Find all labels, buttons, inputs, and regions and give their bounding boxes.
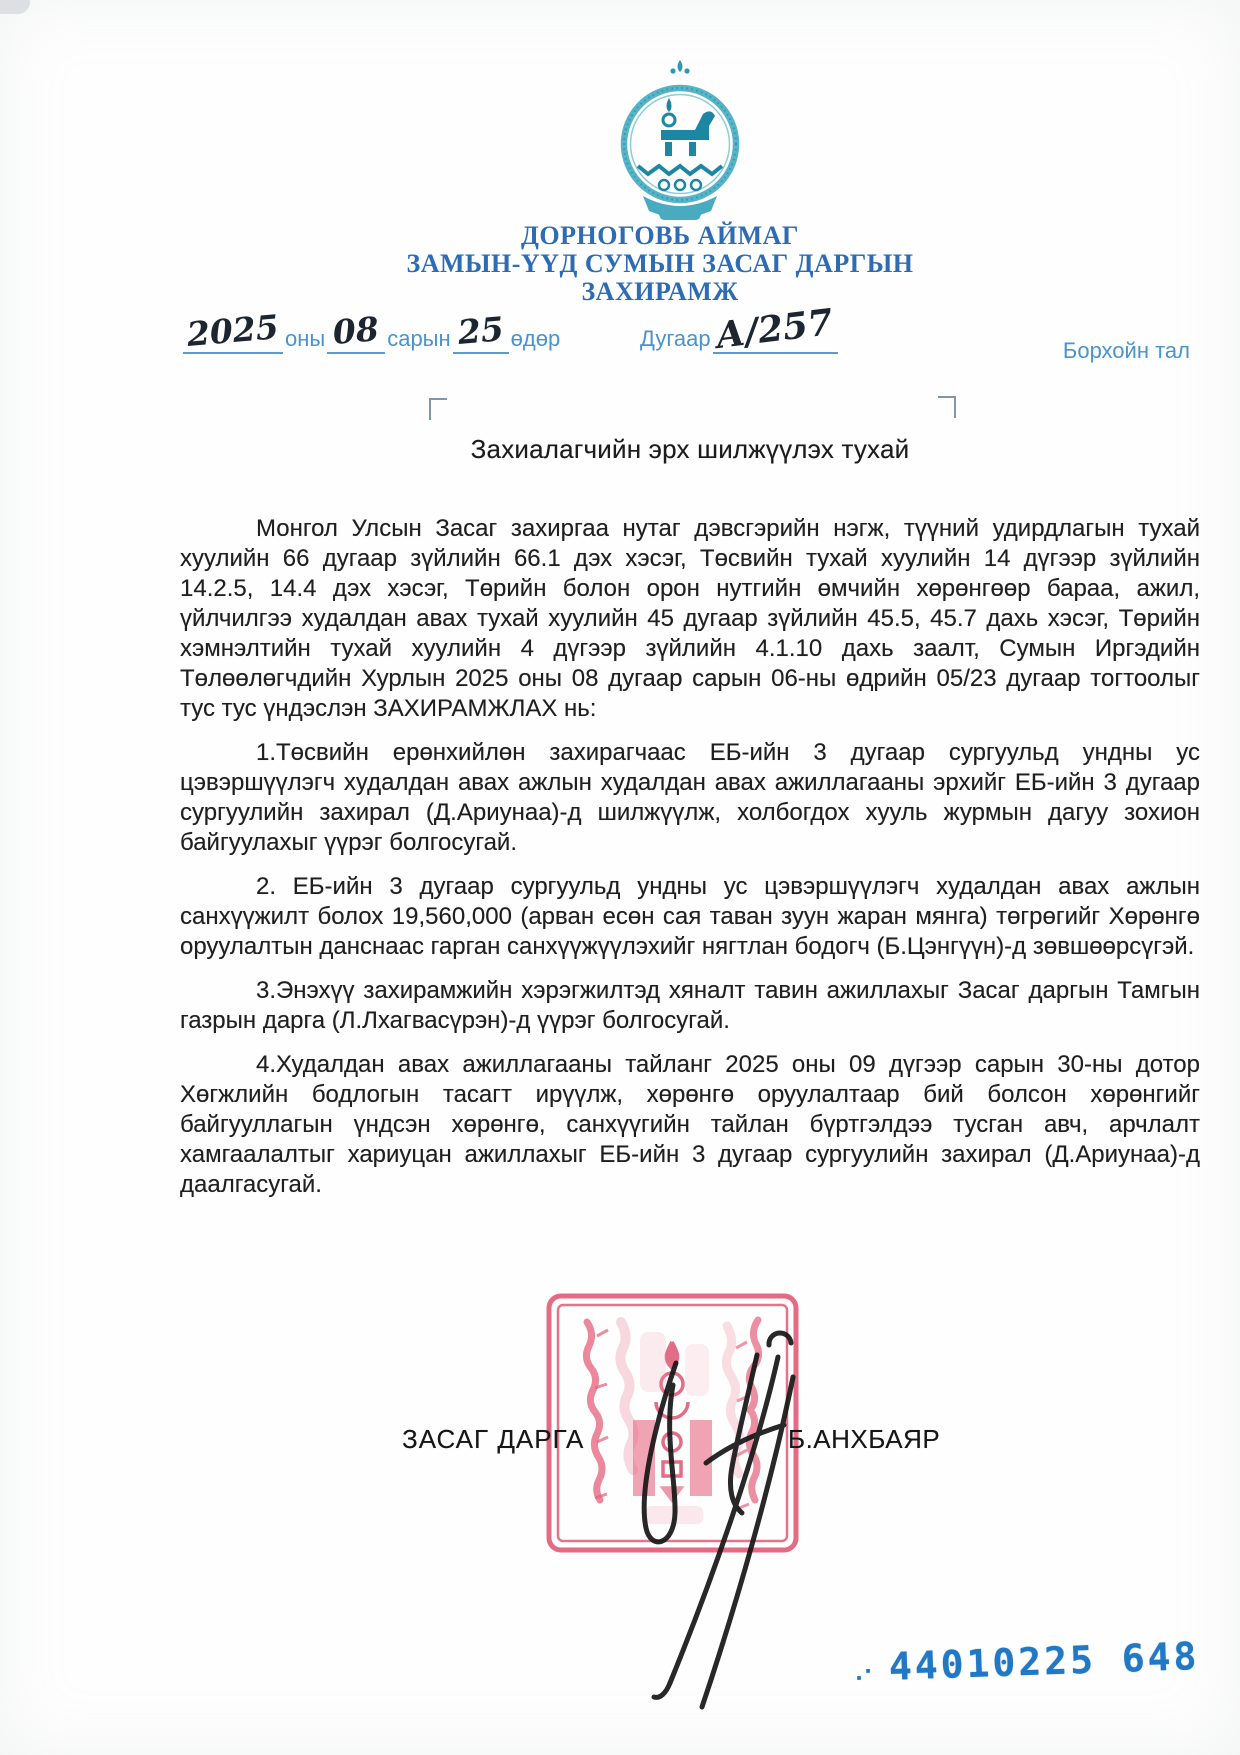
- handwritten-number: А/257: [714, 307, 834, 351]
- org-header: ДОРНОГОВЬ АЙМАГ ЗАМЫН-ҮҮД СУМЫН ЗАСАГ ДА…: [160, 222, 1160, 306]
- number-label: Дугаар: [638, 326, 713, 354]
- org-header-aimag: ДОРНОГОВЬ АЙМАГ: [160, 222, 1160, 250]
- signer-position-label: ЗАСАГ ДАРГА: [402, 1424, 584, 1455]
- org-header-soum: ЗАМЫН-ҮҮД СУМЫН ЗАСАГ ДАРГЫН: [160, 250, 1160, 278]
- month-label: сарын: [385, 326, 452, 354]
- governor-signature-icon: [510, 1285, 840, 1715]
- handwritten-year: 2025: [186, 312, 280, 350]
- document-title: Захиалагчийн эрх шилжүүлэх тухай: [180, 434, 1200, 465]
- year-underline: 2025: [183, 318, 283, 354]
- year-label: оны: [283, 326, 327, 354]
- signer-name: Б.АНХБАЯР: [788, 1424, 940, 1455]
- scan-artifact-mark: [0, 0, 30, 14]
- corner-bracket-left-icon: [429, 398, 447, 420]
- document-body: Монгол Улсын Засаг захиргаа нутаг дэвсгэ…: [180, 514, 1200, 1214]
- registration-dots: .·: [855, 1655, 876, 1687]
- paragraph-item-1: 1.Төсвийн ерөнхийлөн захирагчаас ЕБ-ийн …: [180, 738, 1200, 858]
- registration-number-stamp: .· 44010225 648: [854, 1634, 1200, 1690]
- side-note: Борхойн тал: [1020, 338, 1190, 364]
- handwritten-day: 25: [456, 314, 504, 348]
- mongolia-state-emblem-icon: [605, 58, 755, 220]
- dateline-number: Дугаар А/257: [638, 318, 838, 354]
- decree-document-page: ДОРНОГОВЬ АЙМАГ ЗАМЫН-ҮҮД СУМЫН ЗАСАГ ДА…: [0, 0, 1240, 1755]
- day-label: өдөр: [509, 326, 563, 354]
- number-underline: А/257: [713, 318, 838, 354]
- dateline-date: 2025 оны 08 сарын 25 өдөр: [183, 318, 562, 354]
- registration-digits: 44010225 648: [888, 1634, 1200, 1689]
- day-underline: 25: [453, 318, 509, 354]
- paragraph-item-3: 3.Энэхүү захирамжийн хэрэгжилтэд хяналт …: [180, 976, 1200, 1036]
- org-header-doc-type: ЗАХИРАМЖ: [160, 278, 1160, 306]
- month-underline: 08: [327, 318, 385, 354]
- paragraph-item-2: 2. ЕБ-ийн 3 дугаар сургуульд ундны ус цэ…: [180, 872, 1200, 962]
- corner-bracket-right-icon: [938, 396, 956, 418]
- paragraph-item-4: 4.Худалдан авах ажиллагааны тайланг 2025…: [180, 1050, 1200, 1200]
- paragraph-intro: Монгол Улсын Засаг захиргаа нутаг дэвсгэ…: [180, 514, 1200, 724]
- handwritten-month: 08: [332, 314, 380, 348]
